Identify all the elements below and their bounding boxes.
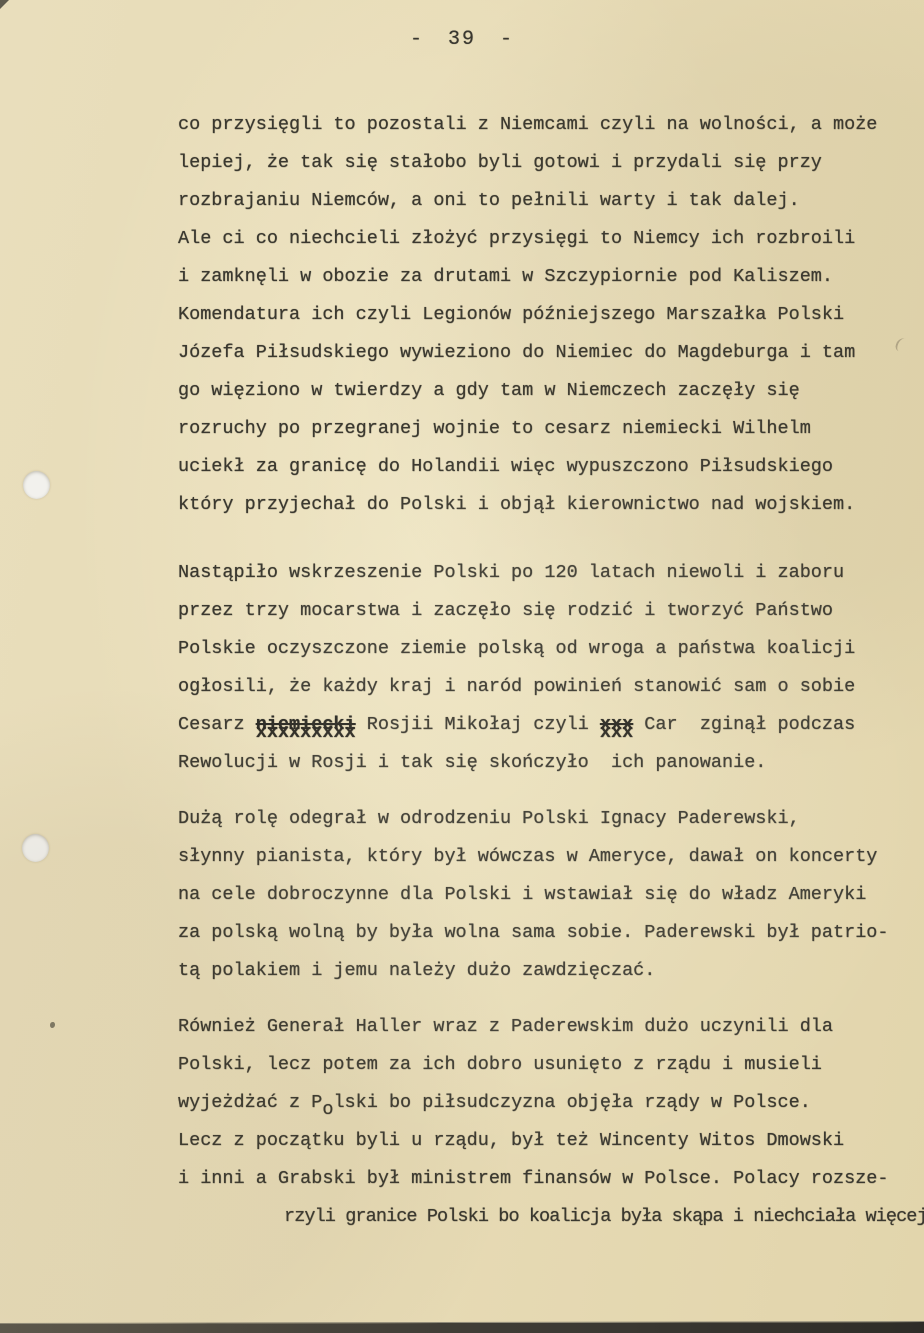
paragraph: Również Generał Haller wraz z Paderewski… [178, 1008, 920, 1236]
text-segment: lski bo piłsudczyzna objęła rządy w Pols… [333, 1092, 810, 1113]
typewritten-line: Lecz z początku byli u rządu, był też Wi… [178, 1122, 920, 1160]
text-segment: i inni a Grabski był ministrem finansów … [178, 1168, 889, 1189]
typewritten-line: Ale ci co niechcieli złożyć przysięgi to… [178, 220, 920, 258]
typewritten-line: ogłosili, że każdy kraj i naród powinień… [178, 668, 920, 706]
text-segment: lepiej, że tak się stałobo byli gotowi i… [178, 152, 822, 173]
text-segment: co przysięgli to pozostali z Niemcami cz… [178, 114, 877, 135]
paper-speck [50, 1022, 55, 1028]
typewritten-line: uciekł za granicę do Holandii więc wypus… [178, 448, 920, 486]
typewritten-line: Komendatura ich czyli Legionów późniejsz… [178, 296, 920, 334]
paragraph: Nastąpiło wskrzeszenie Polski po 120 lat… [178, 554, 920, 782]
typewritten-line: Również Generał Haller wraz z Paderewski… [178, 1008, 920, 1046]
typewritten-line: Józefa Piłsudskiego wywieziono do Niemie… [178, 334, 920, 372]
paragraph: Dużą rolę odegrał w odrodzeniu Polski Ig… [178, 800, 920, 990]
typewritten-line: przez trzy mocarstwa i zaczęło się rodzi… [178, 592, 920, 630]
punch-hole-top [23, 471, 50, 499]
text-segment: który przyjechał do Polski i objął kiero… [178, 494, 855, 515]
typewritten-line: Cesarz niemieckixxxxxxxxx Rosjii Mikołaj… [178, 706, 920, 744]
text-segment: wyjeżdżać z P [178, 1092, 322, 1113]
struck-out-word: xxxxxx [600, 714, 633, 735]
text-segment: rozbrajaniu Niemców, a oni to pełnili wa… [178, 190, 800, 211]
text-segment: na cele dobroczynne dla Polski i wstawia… [178, 884, 866, 905]
text-segment: Cesarz [178, 714, 256, 735]
text-segment: rzyli granice Polski bo koalicja była sk… [284, 1206, 924, 1227]
typewritten-line: rozbrajaniu Niemców, a oni to pełnili wa… [178, 182, 920, 220]
text-segment: go więziono w twierdzy a gdy tam w Niemc… [178, 380, 800, 401]
text-segment: i zamknęli w obozie za drutami w Szczypi… [178, 266, 833, 287]
text-segment: Dużą rolę odegrał w odrodzeniu Polski Ig… [178, 808, 800, 829]
text-segment: Ale ci co niechcieli złożyć przysięgi to… [178, 228, 855, 249]
text-segment: uciekł za granicę do Holandii więc wypus… [178, 456, 833, 477]
text-segment: Również Generał Haller wraz z Paderewski… [178, 1016, 833, 1037]
typewritten-line: rzyli granice Polski bo koalicja była sk… [284, 1198, 920, 1236]
text-segment: Polskie oczyszczone ziemie polską od wro… [178, 638, 855, 659]
scan-bottom-edge [0, 1321, 924, 1333]
typewritten-line: za polską wolną by była wolna sama sobie… [178, 914, 920, 952]
page-number: - 39 - [0, 28, 924, 51]
typewritten-line: Polski, lecz potem za ich dobro usunięto… [178, 1046, 920, 1084]
typewritten-line: lepiej, że tak się stałobo byli gotowi i… [178, 144, 920, 182]
overtype-x-marks: xxx [600, 714, 633, 752]
text-segment: tą polakiem i jemu należy dużo zawdzięcz… [178, 960, 655, 981]
text-segment: za polską wolną by była wolna sama sobie… [178, 922, 889, 943]
typewritten-line: rozruchy po przegranej wojnie to cesarz … [178, 410, 920, 448]
text-segment: przez trzy mocarstwa i zaczęło się rodzi… [178, 600, 833, 621]
scan-corner-shade [0, 0, 9, 9]
text-segment: Józefa Piłsudskiego wywieziono do Niemie… [178, 342, 855, 363]
typewritten-line: i zamknęli w obozie za drutami w Szczypi… [178, 258, 920, 296]
document-page: - 39 - co przysięgli to pozostali z Niem… [0, 0, 924, 1333]
paragraph: co przysięgli to pozostali z Niemcami cz… [178, 106, 920, 524]
typewritten-line: wyjeżdżać z Polski bo piłsudczyzna objęł… [178, 1084, 920, 1122]
typewritten-line: Polskie oczyszczone ziemie polską od wro… [178, 630, 920, 668]
typewritten-line: i inni a Grabski był ministrem finansów … [178, 1160, 920, 1198]
struck-out-word: niemieckixxxxxxxxx [256, 714, 356, 735]
typewritten-line: go więziono w twierdzy a gdy tam w Niemc… [178, 372, 920, 410]
typewritten-line: Nastąpiło wskrzeszenie Polski po 120 lat… [178, 554, 920, 592]
typewritten-line: co przysięgli to pozostali z Niemcami cz… [178, 106, 920, 144]
typewritten-line: słynny pianista, który był wówczas w Ame… [178, 838, 920, 876]
text-segment: Rosjii Mikołaj czyli [356, 714, 600, 735]
typewritten-line: Dużą rolę odegrał w odrodzeniu Polski Ig… [178, 800, 920, 838]
typewritten-line: który przyjechał do Polski i objął kiero… [178, 486, 920, 524]
text-segment: Polski, lecz potem za ich dobro usunięto… [178, 1054, 822, 1075]
dropped-character: o [322, 1099, 333, 1120]
typewritten-line: na cele dobroczynne dla Polski i wstawia… [178, 876, 920, 914]
text-segment: Car zginął podczas [633, 714, 855, 735]
text-segment: Komendatura ich czyli Legionów późniejsz… [178, 304, 844, 325]
text-segment: Lecz z początku byli u rządu, był też Wi… [178, 1130, 844, 1151]
text-segment: ogłosili, że każdy kraj i naród powinień… [178, 676, 855, 697]
text-segment: Rewolucji w Rosji i tak się skończyło ic… [178, 752, 766, 773]
text-segment: słynny pianista, który był wówczas w Ame… [178, 846, 877, 867]
punch-hole-bottom [22, 834, 49, 862]
text-segment: rozruchy po przegranej wojnie to cesarz … [178, 418, 811, 439]
typewritten-line: tą polakiem i jemu należy dużo zawdzięcz… [178, 952, 920, 990]
overtype-x-marks: xxxxxxxxx [256, 714, 356, 752]
typewritten-text: co przysięgli to pozostali z Niemcami cz… [178, 106, 920, 1254]
text-segment: Nastąpiło wskrzeszenie Polski po 120 lat… [178, 562, 844, 583]
